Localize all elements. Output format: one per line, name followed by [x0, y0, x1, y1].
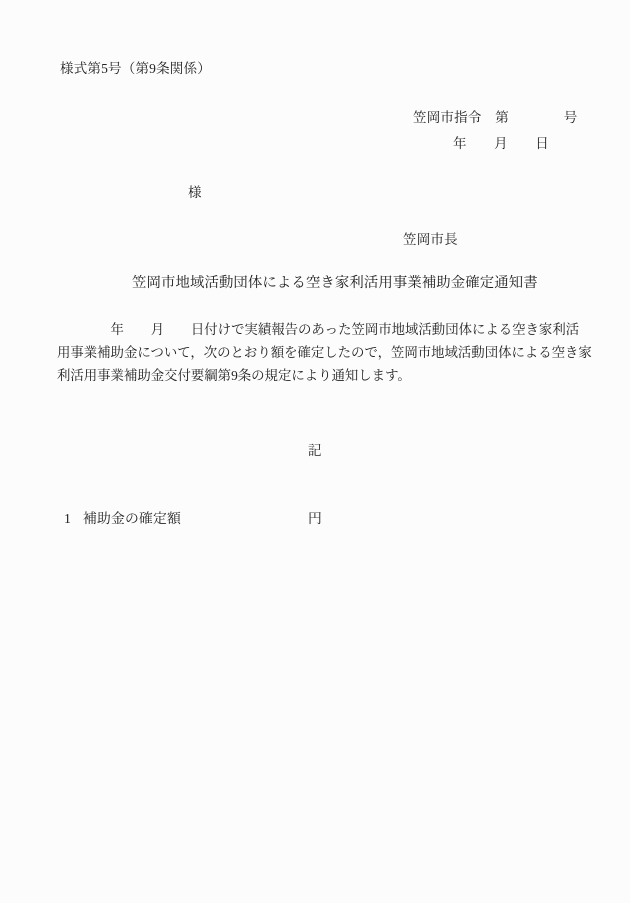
- item-1-label: 補助金の確定額: [83, 511, 181, 528]
- date-line: 年 月 日: [453, 136, 549, 152]
- body-line-1: 年 月 日付けで実績報告のあった笠岡市地域活動団体による空き家利活: [57, 318, 582, 341]
- document-title: 笠岡市地域活動団体による空き家利活用事業補助金確定通知書: [132, 275, 538, 292]
- body-paragraph: 年 月 日付けで実績報告のあった笠岡市地域活動団体による空き家利活 用事業補助金…: [57, 318, 582, 388]
- item-1-unit: 円: [308, 511, 322, 528]
- document-page: 様式第5号（第9条関係） 笠岡市指令 第 号 年 月 日 様 笠岡市長 笠岡市地…: [0, 0, 630, 903]
- sender-title: 笠岡市長: [403, 232, 458, 248]
- addressee-honorific: 様: [188, 185, 202, 201]
- directive-number-line: 笠岡市指令 第 号: [413, 110, 577, 126]
- body-line-2: 用事業補助金について，次のとおり額を確定したので，笠岡市地域活動団体による空き家: [57, 341, 582, 364]
- form-number: 様式第5号（第9条関係）: [60, 61, 211, 77]
- body-line-3: 利活用事業補助金交付要綱第9条の規定により通知します。: [57, 364, 582, 387]
- item-1-number: 1: [64, 511, 71, 528]
- ki-marker: 記: [308, 443, 322, 459]
